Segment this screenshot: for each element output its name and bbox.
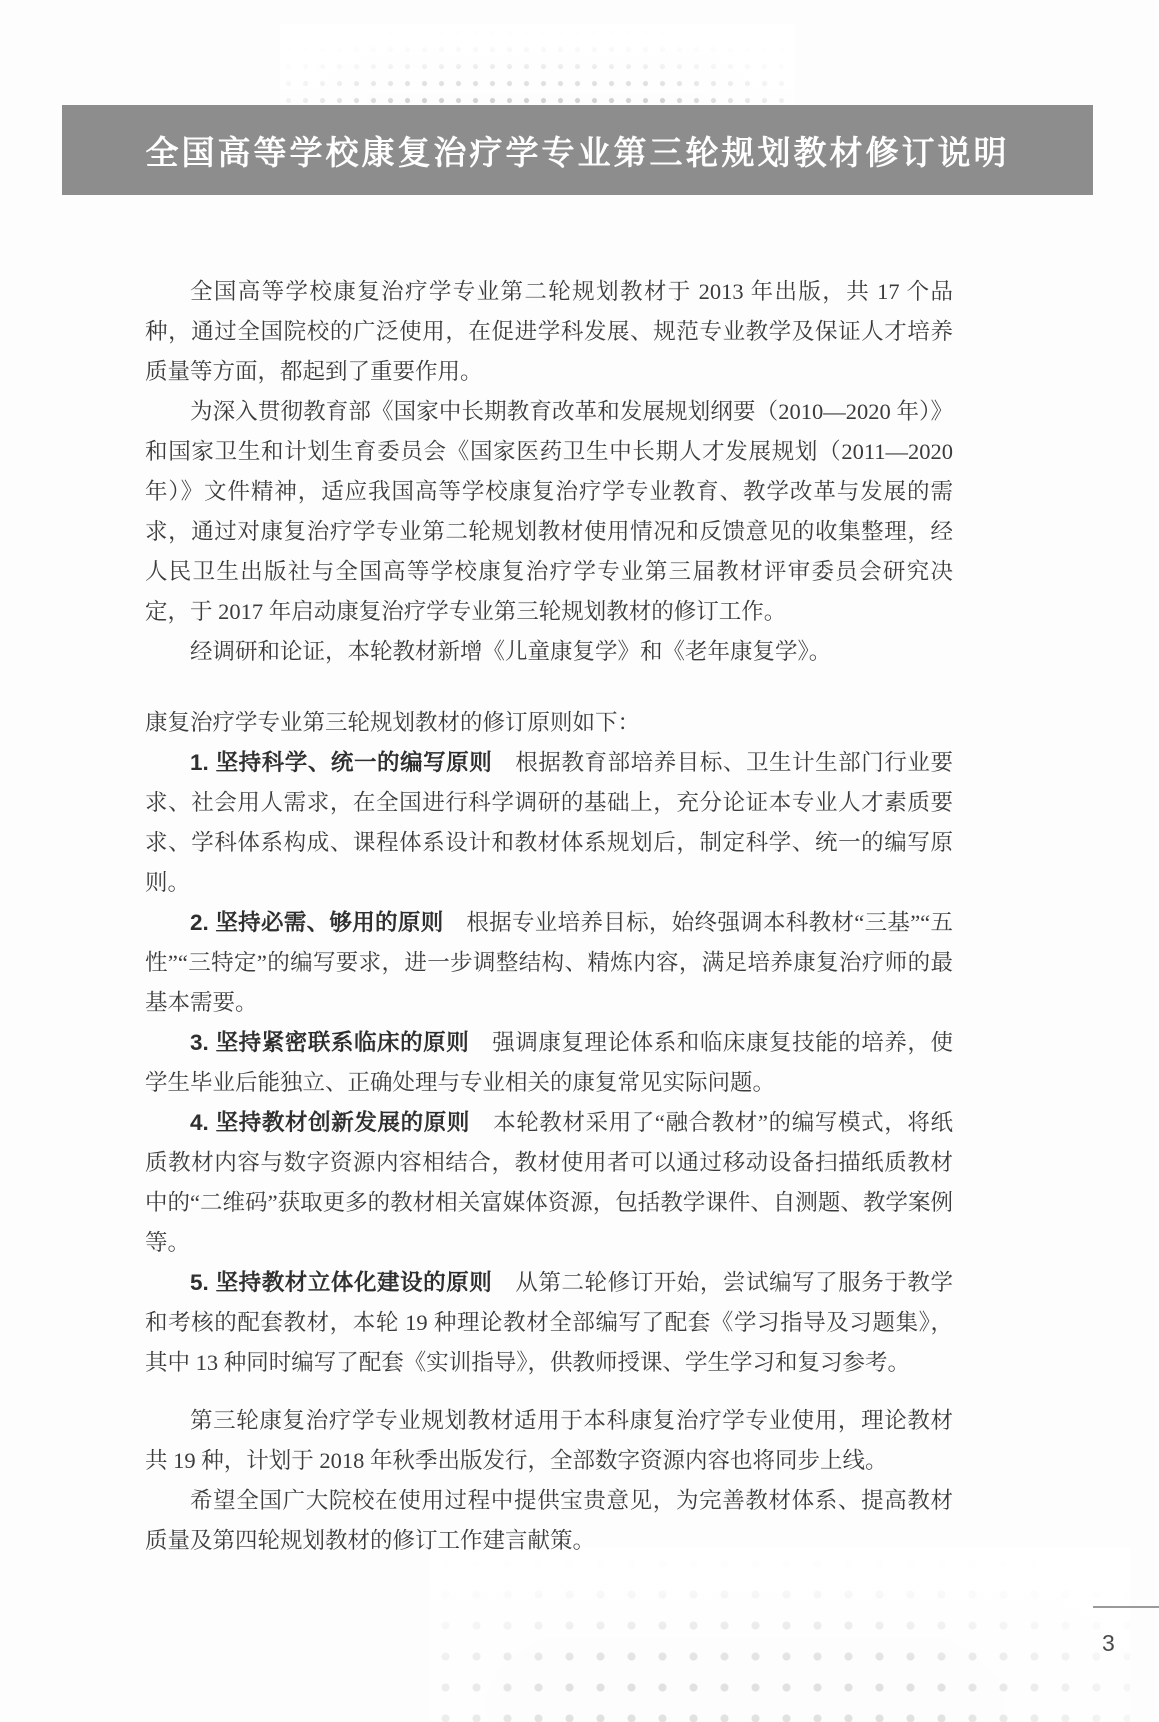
paragraph: 3. 坚持紧密联系临床的原则 强调康复理论体系和临床康复技能的培养，使学生毕业后… [145,1023,953,1103]
paragraph: 5. 坚持教材立体化建设的原则 从第二轮修订开始，尝试编写了服务于教学和考核的配… [145,1263,953,1383]
paragraph: 4. 坚持教材创新发展的原则 本轮教材采用了“融合教材”的编写模式，将纸质教材内… [145,1103,953,1263]
paragraph: 1. 坚持科学、统一的编写原则 根据教育部培养目标、卫生计生部门行业要求、社会用… [145,743,953,903]
halftone-decoration-bottom [430,1548,1130,1722]
page-number-rule [1093,1606,1159,1608]
page-banner: 全国高等学校康复治疗学专业第三轮规划教材修订说明 [62,105,1093,195]
paragraph: 全国高等学校康复治疗学专业第二轮规划教材于 2013 年出版，共 17 个品种，… [145,272,953,392]
paragraph-heading: 4. 坚持教材创新发展的原则 [190,1110,470,1135]
paragraph: 第三轮康复治疗学专业规划教材适用于本科康复治疗学专业使用，理论教材共 19 种，… [145,1401,953,1481]
paragraph-text: 康复治疗学专业第三轮规划教材的修订原则如下： [145,710,640,735]
paragraph-heading: 5. 坚持教材立体化建设的原则 [190,1270,492,1295]
paragraph-heading: 2. 坚持必需、够用的原则 [190,910,444,935]
paragraph: 希望全国广大院校在使用过程中提供宝贵意见，为完善教材体系、提高教材质量及第四轮规… [145,1481,953,1561]
document-body: 全国高等学校康复治疗学专业第二轮规划教材于 2013 年出版，共 17 个品种，… [145,272,953,1561]
paragraph-text: 为深入贯彻教育部《国家中长期教育改革和发展规划纲要（2010—2020 年）》和… [145,399,953,624]
paragraph-text: 希望全国广大院校在使用过程中提供宝贵意见，为完善教材体系、提高教材质量及第四轮规… [145,1488,953,1553]
paragraph-heading: 1. 坚持科学、统一的编写原则 [190,750,492,775]
paragraph: 为深入贯彻教育部《国家中长期教育改革和发展规划纲要（2010—2020 年）》和… [145,392,953,632]
page-number: 3 [1102,1630,1115,1657]
halftone-decoration-top [280,24,795,104]
paragraph-text: 全国高等学校康复治疗学专业第二轮规划教材于 2013 年出版，共 17 个品种，… [145,279,953,384]
document-page: 全国高等学校康复治疗学专业第三轮规划教材修订说明 全国高等学校康复治疗学专业第二… [0,0,1159,1722]
paragraph-text: 经调研和论证，本轮教材新增《儿童康复学》和《老年康复学》。 [190,639,831,664]
paragraph: 康复治疗学专业第三轮规划教材的修订原则如下： [145,703,953,743]
paragraph-heading: 3. 坚持紧密联系临床的原则 [190,1030,469,1055]
paragraph: 经调研和论证，本轮教材新增《儿童康复学》和《老年康复学》。 [145,632,953,672]
banner-title: 全国高等学校康复治疗学专业第三轮规划教材修订说明 [146,127,1010,174]
paragraph: 2. 坚持必需、够用的原则 根据专业培养目标，始终强调本科教材“三基”“五性”“… [145,903,953,1023]
paragraph-text: 第三轮康复治疗学专业规划教材适用于本科康复治疗学专业使用，理论教材共 19 种，… [145,1408,953,1473]
